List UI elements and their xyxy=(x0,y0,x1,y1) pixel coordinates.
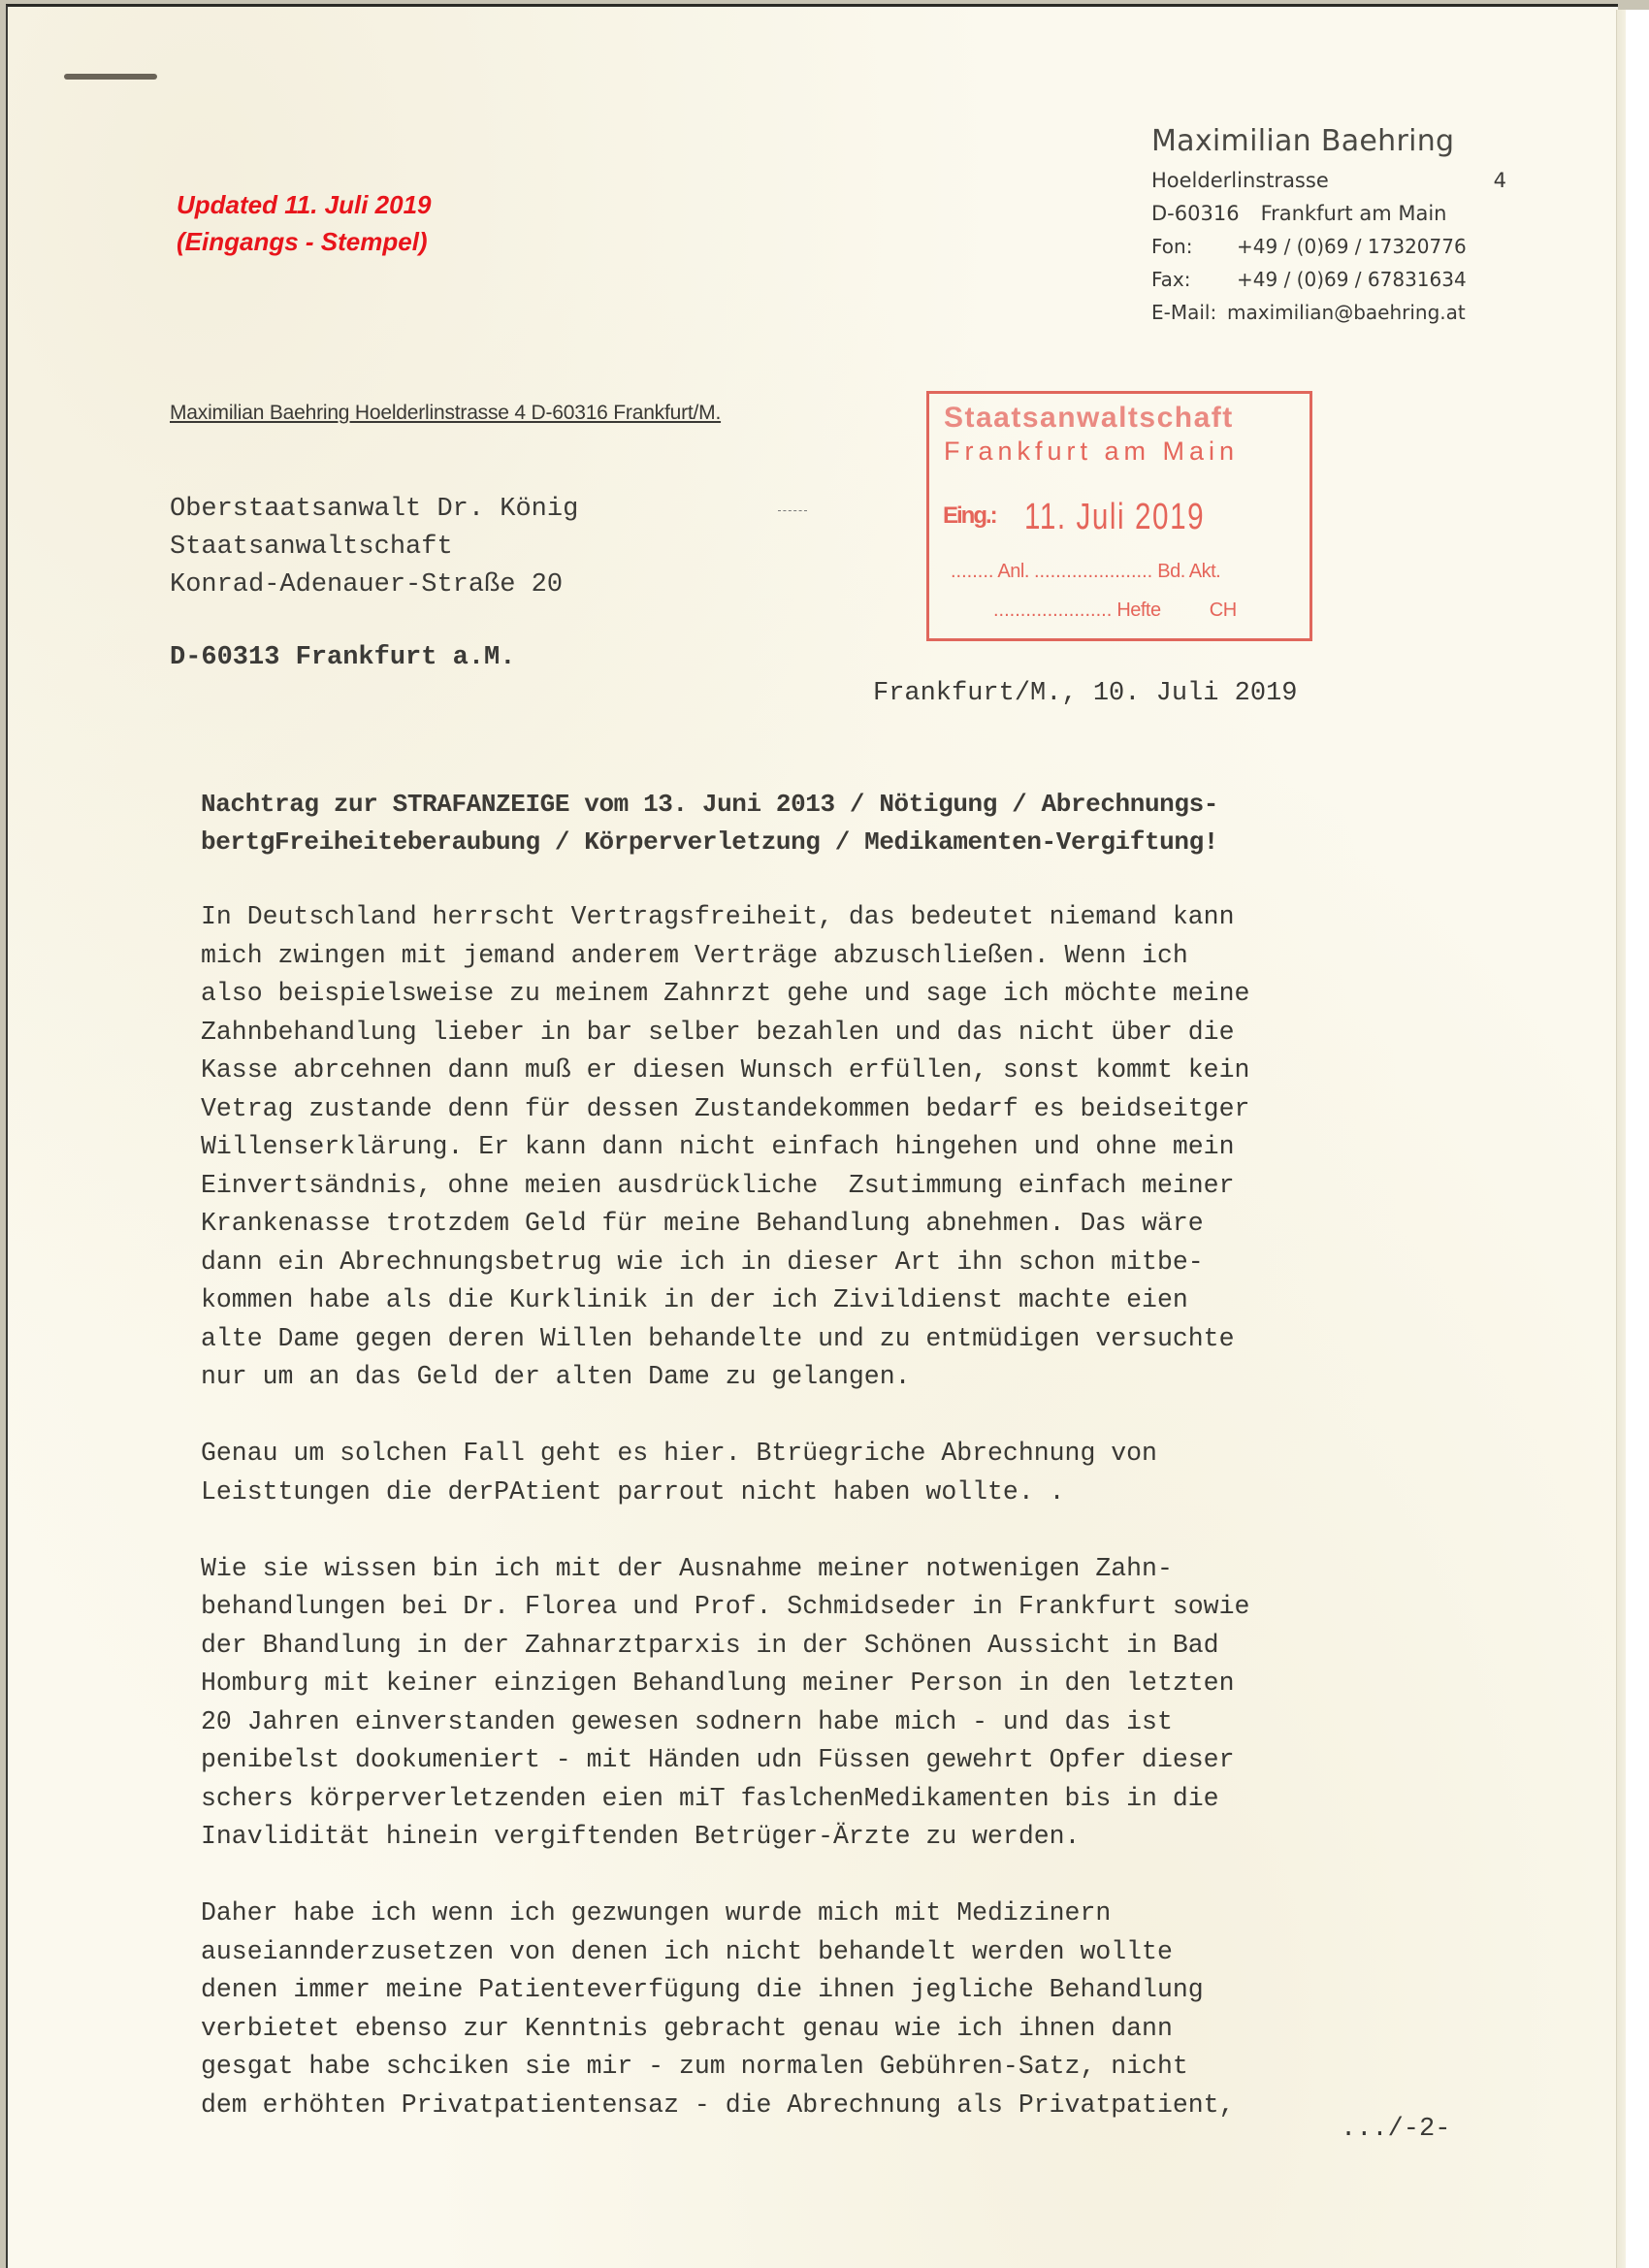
body-line: Homburg mit keiner einzigen Behandlung m… xyxy=(201,1665,1462,1703)
recipient-address: Oberstaatsanwalt Dr. König Staatsanwalts… xyxy=(170,491,578,677)
letter-subject: Nachtrag zur STRAFANZEIGE vom 13. Juni 2… xyxy=(201,786,1423,861)
body-line: schers körperverletzenden eien miT faslc… xyxy=(201,1780,1462,1819)
phone-label: Fon: xyxy=(1151,230,1237,263)
body-line: kommen habe als die Kurklinik in der ich… xyxy=(201,1281,1462,1320)
body-line: der Bhandlung in der Zahnarztparxis in d… xyxy=(201,1627,1462,1666)
sender-return-address: Maximilian Baehring Hoelderlinstrasse 4 … xyxy=(170,402,721,425)
stamp-row-attachments: ........ Anl. ...................... Bd.… xyxy=(951,561,1220,583)
stamp-dots: ...................... xyxy=(1034,561,1152,582)
body-paragraph: In Deutschland herrscht Vertragsfreiheit… xyxy=(201,898,1462,1397)
letterhead-house-number: 4 xyxy=(1487,164,1506,197)
page-continuation: .../-2- xyxy=(1341,2115,1450,2144)
stamp-hefte-label: Hefte xyxy=(1116,599,1160,621)
stamp-initials: CH xyxy=(1210,599,1237,621)
fax-number: +49 / (0)69 / 67831634 xyxy=(1237,263,1506,296)
email-address: maximilian@baehring.at xyxy=(1227,296,1506,329)
body-line: Krankenasse trotzdem Geld für meine Beha… xyxy=(201,1205,1462,1244)
body-line: verbietet ebenso zur Kenntnis gebracht g… xyxy=(201,2010,1462,2049)
email-label: E-Mail: xyxy=(1151,296,1227,329)
letterhead-zip: D-60316 xyxy=(1151,197,1240,230)
received-stamp: Staatsanwaltschaft Frankfurt am Main Ein… xyxy=(926,391,1312,641)
recipient-line-3: Konrad-Adenauer-Straße 20 xyxy=(170,567,578,604)
body-line: Willenserklärung. Er kann dann nicht ein… xyxy=(201,1128,1462,1167)
body-line: Einvertsändnis, ohne meien ausdrückliche… xyxy=(201,1167,1462,1206)
body-line: dann ein Abrechnungsbetrug wie ich in di… xyxy=(201,1244,1462,1282)
body-line: auseiannderzusetzen von denen ich nicht … xyxy=(201,1933,1462,1972)
subject-line-2: bertgFreiheiteberaubung / Körperverletzu… xyxy=(201,824,1423,861)
phone-number: +49 / (0)69 / 17320776 xyxy=(1237,230,1506,263)
letterhead-city: Frankfurt am Main xyxy=(1261,197,1447,230)
body-line: gesgat habe schciken sie mir - zum norma… xyxy=(201,2048,1462,2087)
recipient-city: D-60313 Frankfurt a.M. xyxy=(170,639,578,677)
stamp-received-date: 11. Juli 2019 xyxy=(1024,497,1205,538)
subject-line-1: Nachtrag zur STRAFANZEIGE vom 13. Juni 2… xyxy=(201,786,1423,824)
recipient-line-2: Staatsanwaltschaft xyxy=(170,529,578,567)
stamp-dots: ........ xyxy=(951,561,993,582)
body-line: mich zwingen mit jemand anderem Verträge… xyxy=(201,937,1462,976)
letterhead-phone-row: Fon: +49 / (0)69 / 17320776 xyxy=(1151,230,1506,263)
stamp-bd-akt-label: Bd. Akt. xyxy=(1157,561,1220,582)
body-line: also beispielsweise zu meinem Zahnrzt ge… xyxy=(201,975,1462,1014)
fax-label: Fax: xyxy=(1151,263,1237,296)
body-line: nur um an das Geld der alten Dame zu gel… xyxy=(201,1358,1462,1397)
stamp-anl-label: Anl. xyxy=(997,561,1028,582)
body-line: Genau um solchen Fall geht es hier. Btrü… xyxy=(201,1435,1462,1474)
letterhead-city-row: D-60316 Frankfurt am Main xyxy=(1151,197,1506,230)
recipient-line-1: Oberstaatsanwalt Dr. König xyxy=(170,491,578,529)
body-line: alte Dame gegen deren Willen behandelte … xyxy=(201,1320,1462,1359)
annotation-line-1: Updated 11. Juli 2019 xyxy=(177,186,432,223)
body-line: Leisttungen die derPAtient parrout nicht… xyxy=(201,1474,1462,1512)
body-paragraph: Daher habe ich wenn ich gezwungen wurde … xyxy=(201,1895,1462,2124)
body-line: denen immer meine Patienteverfügung die … xyxy=(201,1971,1462,2010)
body-line: penibelst dookumeniert - mit Händen udn … xyxy=(201,1741,1462,1780)
body-line: Wie sie wissen bin ich mit der Ausnahme … xyxy=(201,1550,1462,1589)
body-line: Daher habe ich wenn ich gezwungen wurde … xyxy=(201,1895,1462,1933)
body-line: Vetrag zustande denn für dessen Zustande… xyxy=(201,1090,1462,1129)
stray-mark xyxy=(778,510,807,514)
stamp-received-label: Eing.: xyxy=(943,502,996,530)
letter-body: In Deutschland herrscht Vertragsfreiheit… xyxy=(201,898,1462,2163)
letterhead-fax-row: Fax: +49 / (0)69 / 67831634 xyxy=(1151,263,1506,296)
body-line: behandlungen bei Dr. Florea und Prof. Sc… xyxy=(201,1588,1462,1627)
letterhead-email-row: E-Mail: maximilian@baehring.at xyxy=(1151,296,1506,329)
letterhead-name: Maximilian Baehring xyxy=(1151,124,1506,158)
letterhead-street-row: Hoelderlinstrasse 4 xyxy=(1151,164,1506,197)
body-line: Kasse abrcehnen dann muß er diesen Wunsc… xyxy=(201,1052,1462,1090)
body-paragraph: Wie sie wissen bin ich mit der Ausnahme … xyxy=(201,1550,1462,1857)
letter-date: Frankfurt/M., 10. Juli 2019 xyxy=(873,679,1297,708)
letterhead: Maximilian Baehring Hoelderlinstrasse 4 … xyxy=(1151,124,1506,329)
stamp-row-folders: ...................... Hefte CH xyxy=(993,599,1237,622)
body-paragraph: Genau um solchen Fall geht es hier. Btrü… xyxy=(201,1435,1462,1511)
body-line: Zahnbehandlung lieber in bar selber beza… xyxy=(201,1014,1462,1053)
letterhead-street: Hoelderlinstrasse xyxy=(1151,164,1487,197)
annotation-line-2: (Eingangs - Stempel) xyxy=(177,223,432,260)
body-line: In Deutschland herrscht Vertragsfreiheit… xyxy=(201,898,1462,937)
body-line: 20 Jahren einverstanden gewesen sodnern … xyxy=(201,1703,1462,1742)
stamp-title: Staatsanwaltschaft xyxy=(944,402,1234,435)
scan-margin xyxy=(1626,10,1649,2268)
body-line: Inavlidität hinein vergiftenden Betrüger… xyxy=(201,1818,1462,1857)
stamp-city: Frankfurt am Main xyxy=(944,437,1239,467)
stamp-dots: ...................... xyxy=(993,599,1112,621)
body-line: dem erhöhten Privatpatientensaz - die Ab… xyxy=(201,2087,1462,2125)
update-annotation: Updated 11. Juli 2019 (Eingangs - Stempe… xyxy=(177,186,432,260)
fold-mark xyxy=(64,74,157,80)
